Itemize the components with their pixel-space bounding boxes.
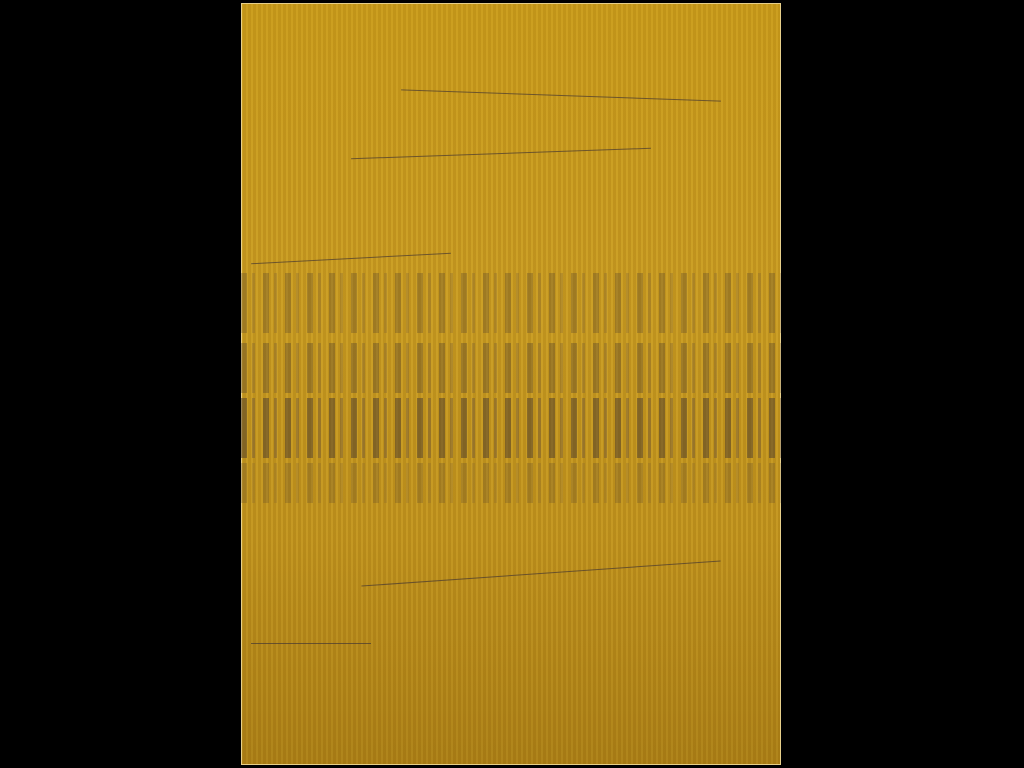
dark-pattern-band bbox=[241, 398, 781, 458]
scratch-line bbox=[251, 643, 371, 644]
dark-pattern-band bbox=[241, 463, 781, 503]
rug-image bbox=[241, 3, 781, 765]
scratch-line bbox=[361, 560, 720, 586]
scratch-line bbox=[251, 253, 451, 264]
scratch-line bbox=[351, 148, 651, 159]
dark-pattern-band bbox=[241, 343, 781, 393]
scratch-line bbox=[401, 89, 721, 101]
dark-pattern-band bbox=[241, 273, 781, 333]
